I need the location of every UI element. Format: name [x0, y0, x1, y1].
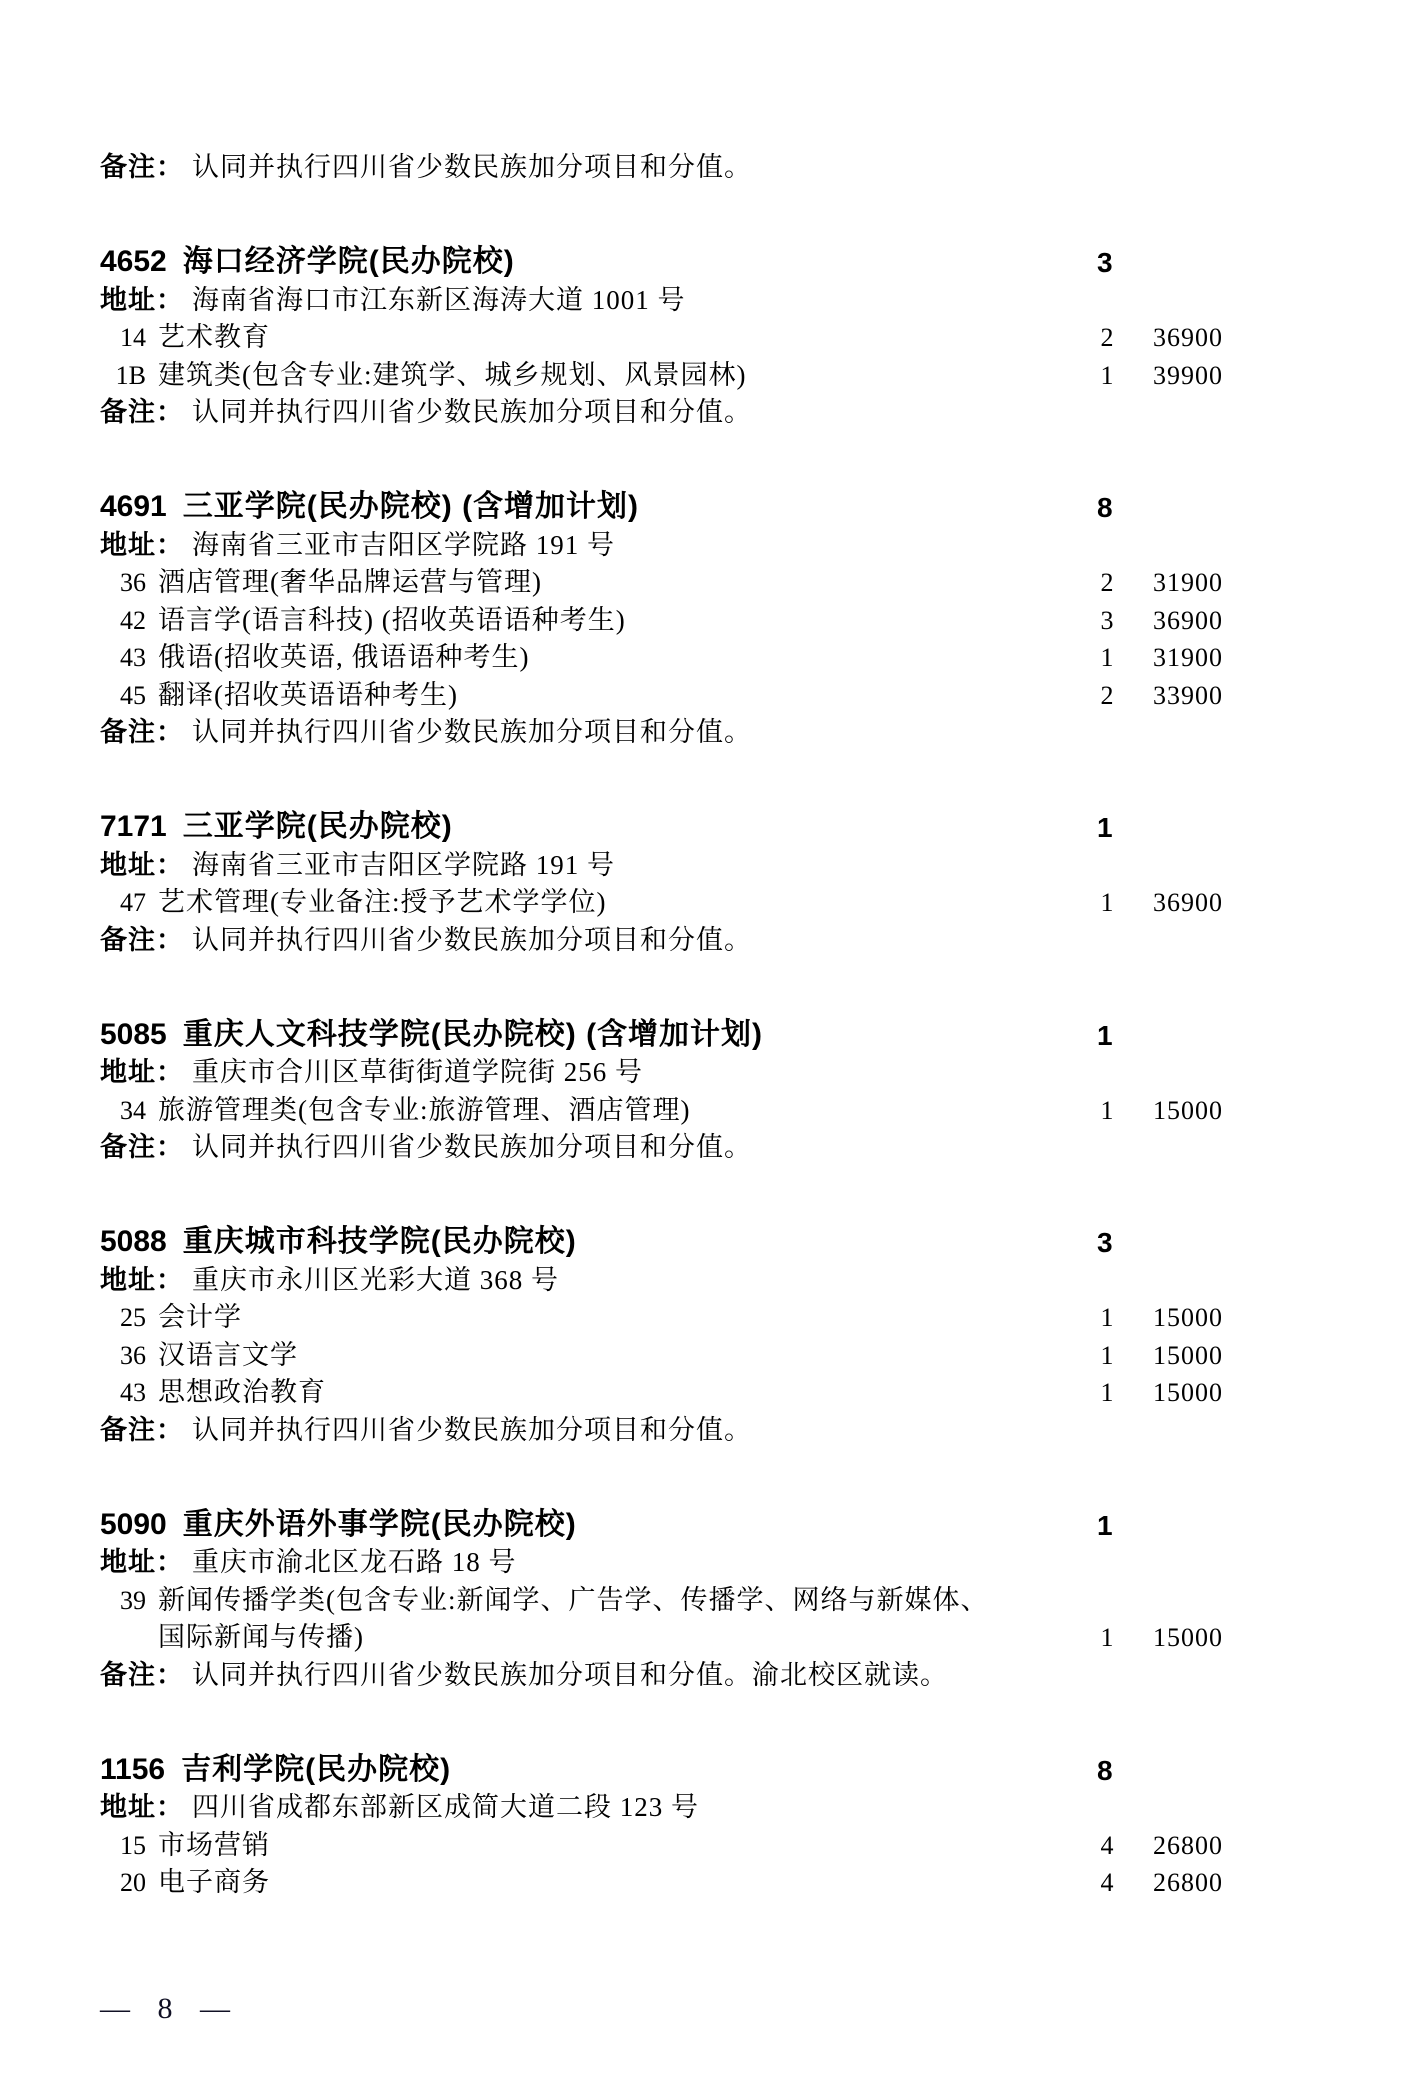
course-count: 3 — [1092, 603, 1122, 639]
course-fee: 26800 — [1153, 1828, 1223, 1864]
school-name: 三亚学院(民办院校) (含增加计划) — [183, 490, 639, 523]
school-name: 重庆外语外事学院(民办院校) — [183, 1508, 577, 1541]
course-count: 4 — [1092, 1865, 1122, 1901]
course-fee: 15000 — [1153, 1375, 1223, 1411]
remark-label: 备注： — [100, 925, 184, 955]
school-name: 重庆人文科技学院(民办院校) (含增加计划) — [183, 1018, 763, 1051]
course-name: 俄语(招收英语, 俄语语种考生) — [158, 642, 529, 672]
course-row: 1B建筑类(包含专业:建筑学、城乡规划、风景园林)139900 — [0, 358, 1419, 396]
course-fee: 26800 — [1153, 1865, 1223, 1901]
course-row: 43思想政治教育115000 — [0, 1375, 1419, 1413]
course-fee: 36900 — [1153, 603, 1223, 639]
course-row: 34旅游管理类(包含专业:旅游管理、酒店管理)115000 — [0, 1093, 1419, 1131]
school-code: 4691 — [100, 490, 167, 523]
course-fee: 15000 — [1153, 1620, 1223, 1656]
remark-label: 备注： — [100, 1132, 184, 1162]
address-label: 地址： — [100, 530, 184, 560]
school-header: 5090重庆外语外事学院(民办院校)1 — [0, 1508, 1419, 1546]
course-fee: 39900 — [1153, 358, 1223, 394]
course-code: 34 — [100, 1094, 146, 1128]
course-code: 20 — [100, 1866, 146, 1900]
course-count: 1 — [1092, 1620, 1122, 1656]
remark-text: 认同并执行四川省少数民族加分项目和分值。渝北校区就读。 — [192, 1660, 948, 1690]
address-line: 地址：海南省三亚市吉阳区学院路 191 号 — [0, 848, 1419, 886]
school-code: 1156 — [100, 1753, 165, 1786]
course-code: 14 — [100, 321, 146, 355]
course-name: 酒店管理(奢华品牌运营与管理) — [158, 567, 542, 597]
course-fee: 15000 — [1153, 1093, 1223, 1129]
school-code: 7171 — [100, 810, 167, 843]
school-section: 7171三亚学院(民办院校)1地址：海南省三亚市吉阳区学院路 191 号47艺术… — [0, 810, 1419, 960]
remark-text: 认同并执行四川省少数民族加分项目和分值。 — [192, 152, 752, 182]
school-name: 吉利学院(民办院校) — [181, 1753, 451, 1786]
course-row: 25会计学115000 — [0, 1300, 1419, 1338]
course-name: 市场营销 — [158, 1830, 270, 1860]
course-code: 36 — [100, 566, 146, 600]
course-name: 旅游管理类(包含专业:旅游管理、酒店管理) — [158, 1095, 690, 1125]
course-row: 36酒店管理(奢华品牌运营与管理)231900 — [0, 565, 1419, 603]
remark-text: 认同并执行四川省少数民族加分项目和分值。 — [192, 397, 752, 427]
school-total: 3 — [1097, 1225, 1113, 1261]
remark-line: 备注：认同并执行四川省少数民族加分项目和分值。 — [0, 395, 1419, 433]
course-fee: 36900 — [1153, 885, 1223, 921]
course-count: 2 — [1092, 320, 1122, 356]
address-line: 地址：四川省成都东部新区成简大道二段 123 号 — [0, 1790, 1419, 1828]
course-name: 建筑类(包含专业:建筑学、城乡规划、风景园林) — [158, 360, 746, 390]
remark-label: 备注： — [100, 1415, 184, 1445]
remark-text: 认同并执行四川省少数民族加分项目和分值。 — [192, 717, 752, 747]
course-row: 39新闻传播学类(包含专业:新闻学、广告学、传播学、网络与新媒体、 — [0, 1583, 1419, 1621]
course-row: 42语言学(语言科技) (招收英语语种考生)336900 — [0, 603, 1419, 641]
course-count: 4 — [1092, 1828, 1122, 1864]
school-header: 5085重庆人文科技学院(民办院校) (含增加计划)1 — [0, 1018, 1419, 1056]
course-row: 14艺术教育236900 — [0, 320, 1419, 358]
address-text: 重庆市渝北区龙石路 18 号 — [192, 1547, 517, 1577]
course-fee: 31900 — [1153, 565, 1223, 601]
school-code: 5085 — [100, 1018, 167, 1051]
course-fee: 15000 — [1153, 1300, 1223, 1336]
school-header: 4652海口经济学院(民办院校)3 — [0, 245, 1419, 283]
remark-label: 备注： — [100, 397, 184, 427]
address-label: 地址： — [100, 1792, 184, 1822]
course-code: 45 — [100, 679, 146, 713]
school-total: 1 — [1097, 1508, 1113, 1544]
page-content: 备注：认同并执行四川省少数民族加分项目和分值。 4652海口经济学院(民办院校)… — [0, 0, 1419, 1903]
remark-line: 备注：认同并执行四川省少数民族加分项目和分值。 — [0, 1130, 1419, 1168]
school-total: 1 — [1097, 1018, 1113, 1054]
school-total: 8 — [1097, 1753, 1113, 1789]
course-fee: 15000 — [1153, 1338, 1223, 1374]
address-text: 四川省成都东部新区成简大道二段 123 号 — [192, 1792, 699, 1822]
course-row: 45翻译(招收英语语种考生)233900 — [0, 678, 1419, 716]
remark-line: 备注：认同并执行四川省少数民族加分项目和分值。 — [0, 1413, 1419, 1451]
course-row: 47艺术管理(专业备注:授予艺术学学位)136900 — [0, 885, 1419, 923]
school-section: 5090重庆外语外事学院(民办院校)1地址：重庆市渝北区龙石路 18 号39新闻… — [0, 1508, 1419, 1696]
address-label: 地址： — [100, 285, 184, 315]
course-name: 新闻传播学类(包含专业:新闻学、广告学、传播学、网络与新媒体、 — [158, 1585, 989, 1615]
address-label: 地址： — [100, 850, 184, 880]
address-line: 地址：重庆市合川区草街街道学院街 256 号 — [0, 1055, 1419, 1093]
course-count: 1 — [1092, 1338, 1122, 1374]
page-footer: — 8 — — [100, 1992, 231, 2026]
remark-text: 认同并执行四川省少数民族加分项目和分值。 — [192, 1415, 752, 1445]
school-section: 4652海口经济学院(民办院校)3地址：海南省海口市江东新区海涛大道 1001 … — [0, 245, 1419, 433]
course-name: 艺术教育 — [158, 322, 270, 352]
address-line: 地址：海南省海口市江东新区海涛大道 1001 号 — [0, 283, 1419, 321]
address-text: 重庆市永川区光彩大道 368 号 — [192, 1265, 559, 1295]
document-page: 备注：认同并执行四川省少数民族加分项目和分值。 4652海口经济学院(民办院校)… — [0, 0, 1419, 2088]
school-header: 5088重庆城市科技学院(民办院校)3 — [0, 1225, 1419, 1263]
course-fee: 33900 — [1153, 678, 1223, 714]
course-row: 15市场营销426800 — [0, 1828, 1419, 1866]
remark-label: 备注： — [100, 717, 184, 747]
school-code: 5088 — [100, 1225, 167, 1258]
course-count: 2 — [1092, 678, 1122, 714]
address-text: 海南省海口市江东新区海涛大道 1001 号 — [192, 285, 686, 315]
course-count: 1 — [1092, 640, 1122, 676]
course-count: 2 — [1092, 565, 1122, 601]
course-name: 语言学(语言科技) (招收英语语种考生) — [158, 605, 626, 635]
school-header: 1156吉利学院(民办院校)8 — [0, 1753, 1419, 1791]
school-total: 3 — [1097, 245, 1113, 281]
school-name: 海口经济学院(民办院校) — [183, 245, 515, 278]
course-code: 43 — [100, 641, 146, 675]
remark-label: 备注： — [100, 1660, 184, 1690]
course-code: 15 — [100, 1829, 146, 1863]
remark-line: 备注：认同并执行四川省少数民族加分项目和分值。渝北校区就读。 — [0, 1658, 1419, 1696]
course-count: 1 — [1092, 885, 1122, 921]
address-label: 地址： — [100, 1057, 184, 1087]
remark-label: 备注： — [100, 152, 184, 182]
course-count: 1 — [1092, 358, 1122, 394]
course-code: 25 — [100, 1301, 146, 1335]
school-total: 8 — [1097, 490, 1113, 526]
course-row: 43俄语(招收英语, 俄语语种考生)131900 — [0, 640, 1419, 678]
school-section: 1156吉利学院(民办院校)8地址：四川省成都东部新区成简大道二段 123 号1… — [0, 1753, 1419, 1903]
course-row: 国际新闻与传播)115000 — [0, 1620, 1419, 1658]
school-header: 7171三亚学院(民办院校)1 — [0, 810, 1419, 848]
top-remark-line: 备注：认同并执行四川省少数民族加分项目和分值。 — [0, 150, 1419, 188]
school-code: 5090 — [100, 1508, 167, 1541]
course-code: 42 — [100, 604, 146, 638]
course-name: 会计学 — [158, 1302, 242, 1332]
remark-text: 认同并执行四川省少数民族加分项目和分值。 — [192, 1132, 752, 1162]
course-name-continued: 国际新闻与传播) — [158, 1622, 364, 1652]
address-label: 地址： — [100, 1265, 184, 1295]
course-count: 1 — [1092, 1375, 1122, 1411]
course-name: 思想政治教育 — [158, 1377, 326, 1407]
address-line: 地址：重庆市渝北区龙石路 18 号 — [0, 1545, 1419, 1583]
school-total: 1 — [1097, 810, 1113, 846]
course-name: 翻译(招收英语语种考生) — [158, 680, 458, 710]
course-row: 20电子商务426800 — [0, 1865, 1419, 1903]
course-name: 汉语言文学 — [158, 1340, 298, 1370]
course-code: 1B — [100, 359, 146, 393]
address-text: 重庆市合川区草街街道学院街 256 号 — [192, 1057, 643, 1087]
course-count: 1 — [1092, 1300, 1122, 1336]
school-section: 5088重庆城市科技学院(民办院校)3地址：重庆市永川区光彩大道 368 号25… — [0, 1225, 1419, 1450]
school-section: 4691三亚学院(民办院校) (含增加计划)8地址：海南省三亚市吉阳区学院路 1… — [0, 490, 1419, 753]
school-code: 4652 — [100, 245, 167, 278]
school-name: 重庆城市科技学院(民办院校) — [183, 1225, 577, 1258]
course-count: 1 — [1092, 1093, 1122, 1129]
remark-line: 备注：认同并执行四川省少数民族加分项目和分值。 — [0, 923, 1419, 961]
course-name: 电子商务 — [158, 1867, 270, 1897]
course-code: 47 — [100, 886, 146, 920]
remark-text: 认同并执行四川省少数民族加分项目和分值。 — [192, 925, 752, 955]
course-code: 43 — [100, 1376, 146, 1410]
address-text: 海南省三亚市吉阳区学院路 191 号 — [192, 850, 615, 880]
school-name: 三亚学院(民办院校) — [183, 810, 453, 843]
course-code: 39 — [100, 1584, 146, 1618]
school-header: 4691三亚学院(民办院校) (含增加计划)8 — [0, 490, 1419, 528]
schools-container: 4652海口经济学院(民办院校)3地址：海南省海口市江东新区海涛大道 1001 … — [0, 245, 1419, 1903]
address-label: 地址： — [100, 1547, 184, 1577]
address-text: 海南省三亚市吉阳区学院路 191 号 — [192, 530, 615, 560]
course-row: 36汉语言文学115000 — [0, 1338, 1419, 1376]
remark-line: 备注：认同并执行四川省少数民族加分项目和分值。 — [0, 715, 1419, 753]
course-fee: 36900 — [1153, 320, 1223, 356]
course-code: 36 — [100, 1339, 146, 1373]
address-line: 地址：重庆市永川区光彩大道 368 号 — [0, 1263, 1419, 1301]
course-fee: 31900 — [1153, 640, 1223, 676]
address-line: 地址：海南省三亚市吉阳区学院路 191 号 — [0, 528, 1419, 566]
school-section: 5085重庆人文科技学院(民办院校) (含增加计划)1地址：重庆市合川区草街街道… — [0, 1018, 1419, 1168]
course-name: 艺术管理(专业备注:授予艺术学学位) — [158, 887, 606, 917]
